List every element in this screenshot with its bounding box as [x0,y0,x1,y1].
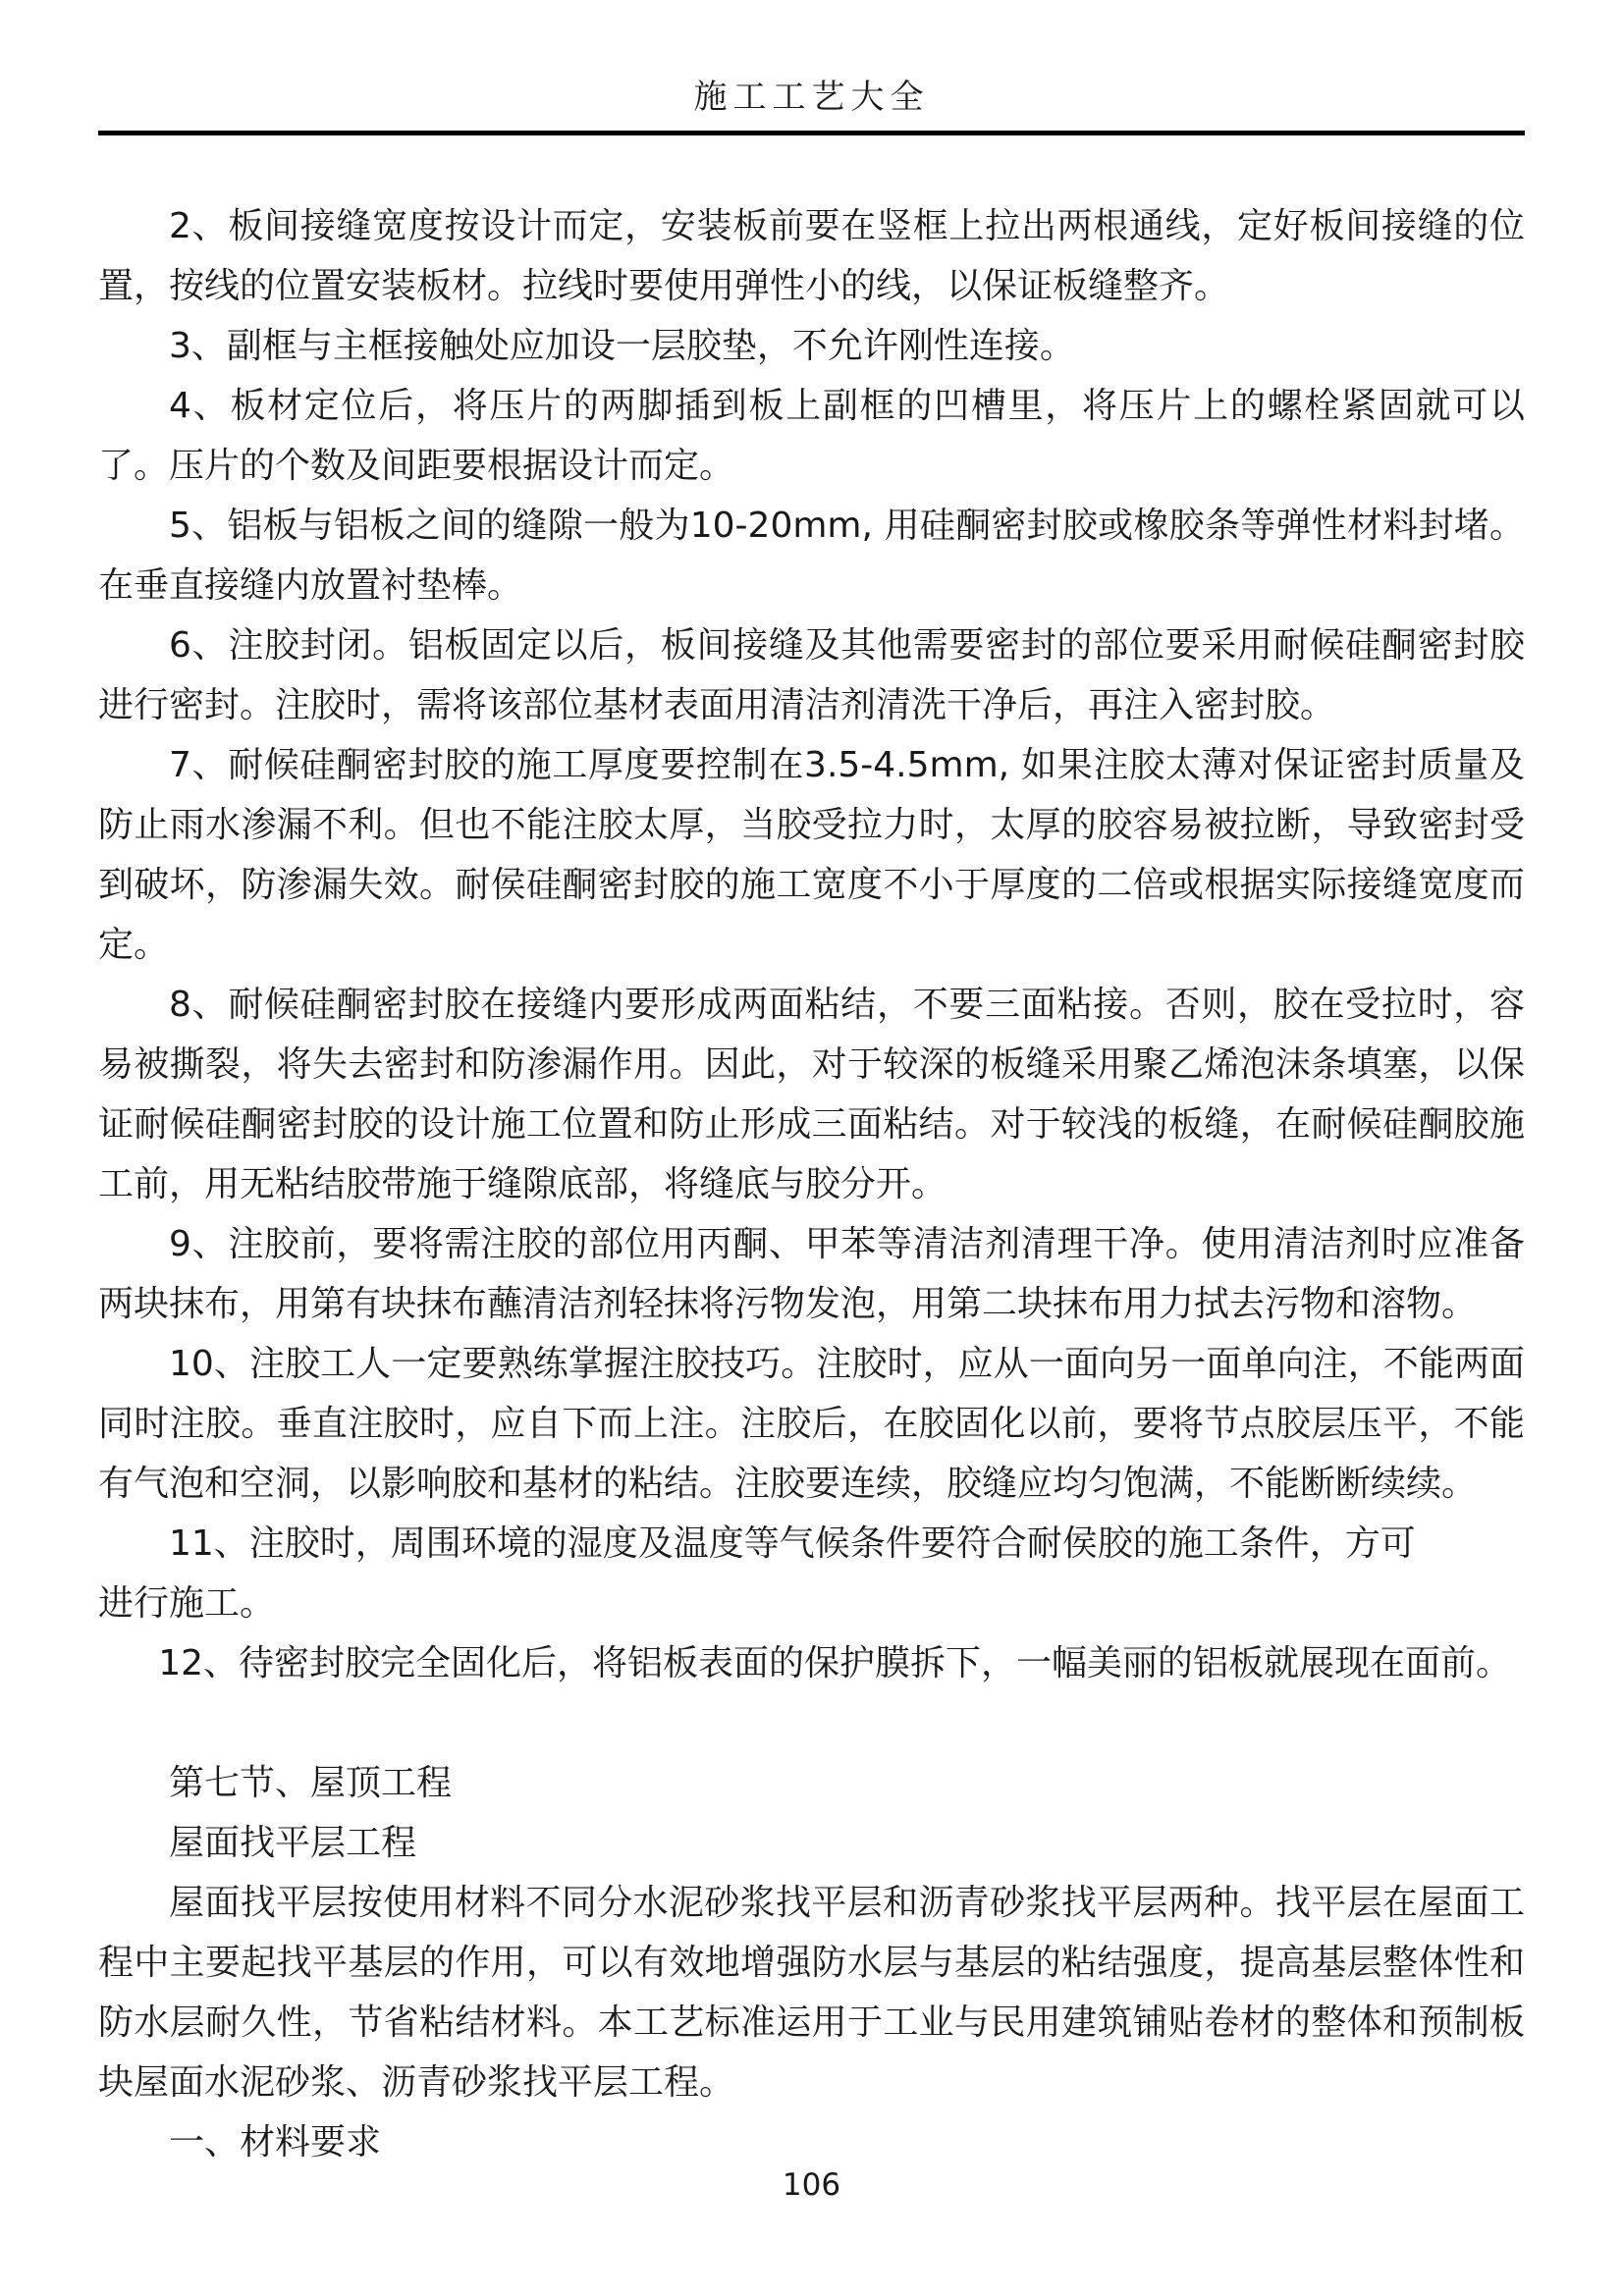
paragraph-item-6: 6、注胶封闭。铝板固定以后，板间接缝及其他需要密封的部位要采用耐候硅酮密封胶进行… [98,615,1525,735]
paragraph-item-7: 7、耐候硅酮密封胶的施工厚度要控制在3.5-4.5mm, 如果注胶太薄对保证密封… [98,735,1525,975]
paragraph-item-2: 2、板间接缝宽度按设计而定，安装板前要在竖框上拉出两根通线，定好板间接缝的位置，… [98,196,1525,316]
document-header-title: 施工工艺大全 [0,0,1623,116]
section-heading-roof-works: 第七节、屋顶工程 [98,1753,1525,1813]
paragraph-item-4: 4、板材定位后，将压片的两脚插到板上副框的凹槽里，将压片上的螺栓紧固就可以了。压… [98,376,1525,496]
paragraph-item-11-line1: 11、注胶时，周围环境的湿度及温度等气候条件要符合耐侯胶的施工条件，方可 [98,1514,1525,1574]
paragraph-item-3: 3、副框与主框接触处应加设一层胶垫，不允许刚性连接。 [98,316,1525,376]
paragraph-item-8: 8、耐候硅酮密封胶在接缝内要形成两面粘结，不要三面粘接。否则，胶在受拉时，容易被… [98,975,1525,1214]
paragraph-item-9: 9、注胶前，要将需注胶的部位用丙酮、甲苯等清洁剂清理干净。使用清洁剂时应准备两块… [98,1214,1525,1334]
paragraph-item-12: 12、待密封胶完全固化后，将铝板表面的保护膜拆下，一幅美丽的铝板就展现在面前。 [98,1633,1525,1693]
paragraph-item-11-line2: 进行施工。 [98,1574,1525,1633]
blank-line-spacer [98,1693,1525,1753]
paragraph-item-5: 5、铝板与铝板之间的缝隙一般为10-20mm, 用硅酮密封胶或橡胶条等弹性材料封… [98,496,1525,615]
subsection-heading-leveling: 屋面找平层工程 [98,1813,1525,1873]
paragraph-item-10: 10、注胶工人一定要熟练掌握注胶技巧。注胶时，应从一面向另一面单向注，不能两面同… [98,1334,1525,1514]
paragraph-leveling-intro: 屋面找平层按使用材料不同分水泥砂浆找平层和沥青砂浆找平层两种。找平层在屋面工程中… [98,1873,1525,2112]
list-heading-material-require: 一、材料要求 [98,2112,1525,2172]
document-body: 2、板间接缝宽度按设计而定，安装板前要在竖框上拉出两根通线，定好板间接缝的位置，… [98,135,1525,2172]
document-page: 施工工艺大全 2、板间接缝宽度按设计而定，安装板前要在竖框上拉出两根通线，定好板… [0,0,1623,2296]
page-number: 106 [0,2167,1623,2203]
